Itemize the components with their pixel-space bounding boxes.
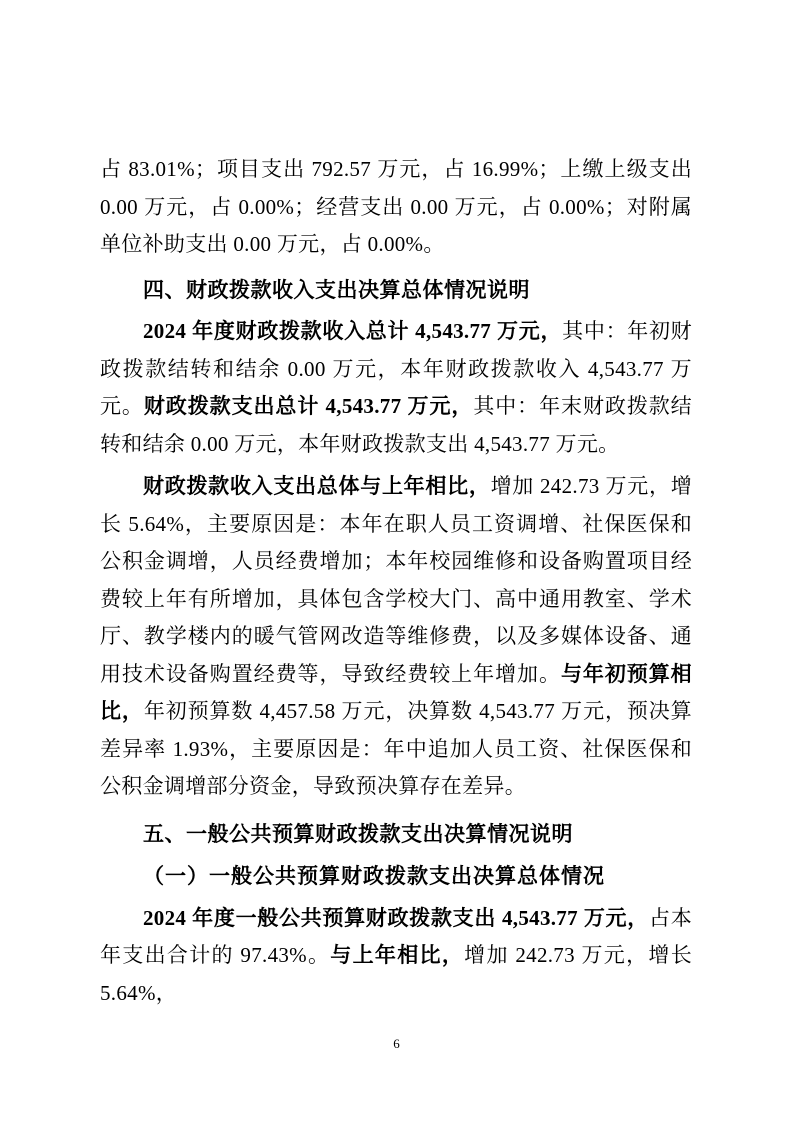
document-body: 占 83.01%；项目支出 792.57 万元，占 16.99%；上缴上级支出 … <box>100 151 692 1012</box>
section-heading-4: 四、财政拨款收入支出决算总体情况说明 <box>100 272 692 310</box>
text-run-bold: 财政拨款支出总计 4,543.77 万元， <box>144 394 473 418</box>
document-page: 占 83.01%；项目支出 792.57 万元，占 16.99%；上缴上级支出 … <box>0 0 793 1122</box>
text-run-bold: 2024 年度一般公共预算财政拨款支出 4,543.77 万元， <box>143 906 649 930</box>
text-run: 占 83.01%；项目支出 792.57 万元，占 16.99%；上缴上级支出 … <box>100 157 692 256</box>
text-run: 增加 242.73 万元，增长 5.64%，主要原因是：本年在职人员工资调增、社… <box>100 474 692 686</box>
paragraph-expenditure-breakdown-continued: 占 83.01%；项目支出 792.57 万元，占 16.99%；上缴上级支出 … <box>100 151 692 264</box>
text-run-bold: 财政拨款收入支出总体与上年相比， <box>143 474 491 498</box>
paragraph-general-public-budget-expenditure: 2024 年度一般公共预算财政拨款支出 4,543.77 万元，占本年支出合计的… <box>100 900 692 1013</box>
section-heading-5: 五、一般公共预算财政拨款支出决算情况说明 <box>100 816 692 854</box>
page-number: 6 <box>0 1036 793 1052</box>
paragraph-year-over-year-comparison: 财政拨款收入支出总体与上年相比，增加 242.73 万元，增长 5.64%，主要… <box>100 468 692 806</box>
text-run-bold: 与上年相比， <box>330 943 464 967</box>
text-run: 年初预算数 4,457.58 万元，决算数 4,543.77 万元，预决算差异率… <box>100 699 692 798</box>
text-run-bold: 2024 年度财政拨款收入总计 4,543.77 万元， <box>143 319 562 343</box>
subsection-heading-5-1: （一）一般公共预算财政拨款支出决算总体情况 <box>100 858 692 896</box>
paragraph-fiscal-appropriation-totals: 2024 年度财政拨款收入总计 4,543.77 万元，其中：年初财政拨款结转和… <box>100 313 692 463</box>
